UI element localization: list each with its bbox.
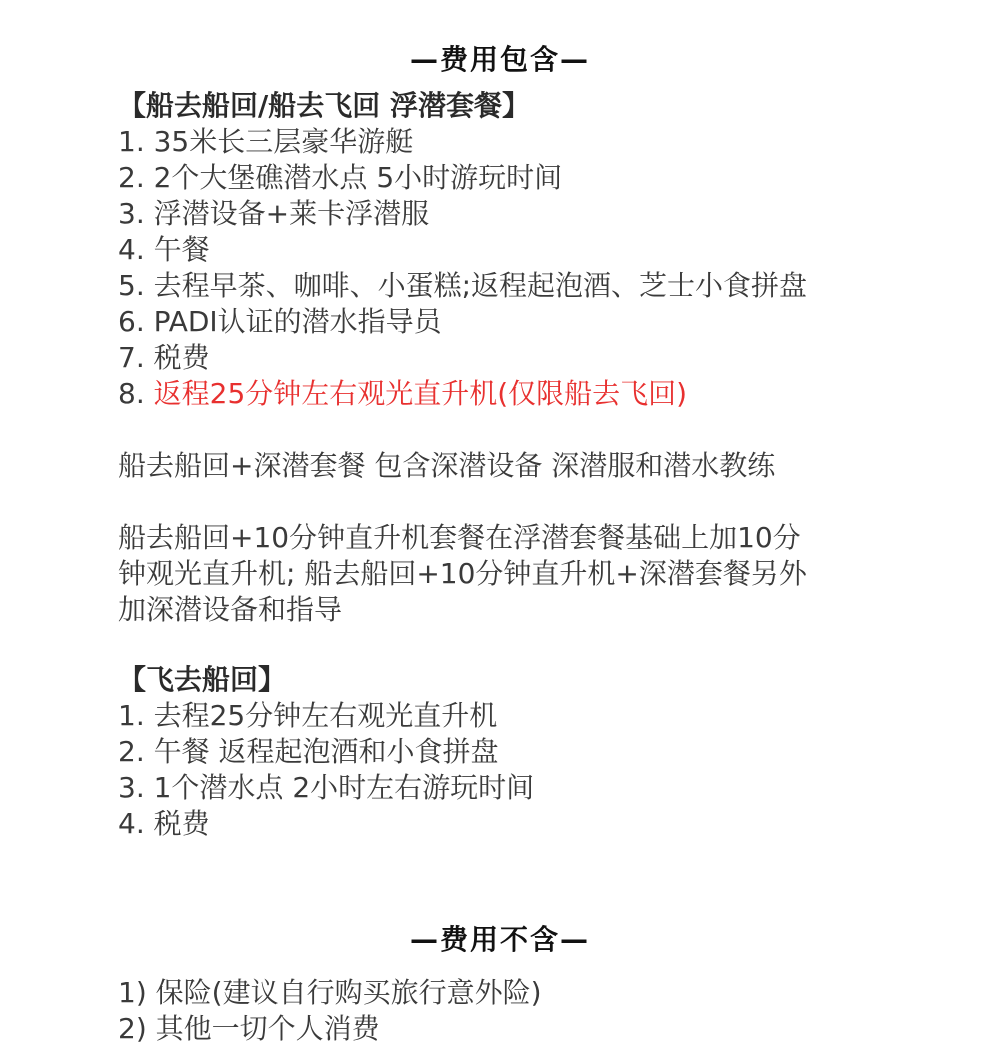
note-line: 钟观光直升机; 船去船回+10分钟直升机+深潜套餐另外 <box>118 556 807 592</box>
helicopter-note: 船去船回+10分钟直升机套餐在浮潜套餐基础上加10分 钟观光直升机; 船去船回+… <box>118 520 807 628</box>
list-item: 4. 午餐 <box>118 232 807 268</box>
item-number: 8. <box>118 377 154 410</box>
fly-package-header: 【飞去船回】 <box>118 662 534 698</box>
list-item: 3. 浮潜设备+莱卡浮潜服 <box>118 196 807 232</box>
boat-package-header: 【船去船回/船去飞回 浮潜套餐】 <box>118 88 807 124</box>
note-line: 船去船回+10分钟直升机套餐在浮潜套餐基础上加10分 <box>118 520 807 556</box>
list-item: 3. 1个潜水点 2小时左右游玩时间 <box>118 770 534 806</box>
list-item: 1. 去程25分钟左右观光直升机 <box>118 698 534 734</box>
list-item: 1. 35米长三层豪华游艇 <box>118 124 807 160</box>
excluded-heading: —费用不含— <box>0 918 1000 958</box>
included-heading: —费用包含— <box>0 38 1000 78</box>
list-item: 1) 保险(建议自行购买旅行意外险) <box>118 975 542 1011</box>
list-item: 2. 2个大堡礁潜水点 5小时游玩时间 <box>118 160 807 196</box>
deep-dive-note: 船去船回+深潜套餐 包含深潜设备 深潜服和潜水教练 <box>118 448 775 484</box>
excluded-section: 1) 保险(建议自行购买旅行意外险) 2) 其他一切个人消费 <box>118 975 542 1047</box>
fly-package-section: 【飞去船回】 1. 去程25分钟左右观光直升机 2. 午餐 返程起泡酒和小食拼盘… <box>118 662 534 842</box>
helicopter-highlight-text: 返程25分钟左右观光直升机(仅限船去飞回) <box>154 377 687 410</box>
list-item: 6. PADI认证的潜水指导员 <box>118 304 807 340</box>
list-item-highlight: 8. 返程25分钟左右观光直升机(仅限船去飞回) <box>118 376 807 412</box>
list-item: 4. 税费 <box>118 806 534 842</box>
list-item: 2. 午餐 返程起泡酒和小食拼盘 <box>118 734 534 770</box>
note-line: 加深潜设备和指导 <box>118 592 807 628</box>
boat-package-section: 【船去船回/船去飞回 浮潜套餐】 1. 35米长三层豪华游艇 2. 2个大堡礁潜… <box>118 88 807 412</box>
list-item: 7. 税费 <box>118 340 807 376</box>
list-item: 2) 其他一切个人消费 <box>118 1011 542 1047</box>
list-item: 5. 去程早茶、咖啡、小蛋糕;返程起泡酒、芝士小食拼盘 <box>118 268 807 304</box>
